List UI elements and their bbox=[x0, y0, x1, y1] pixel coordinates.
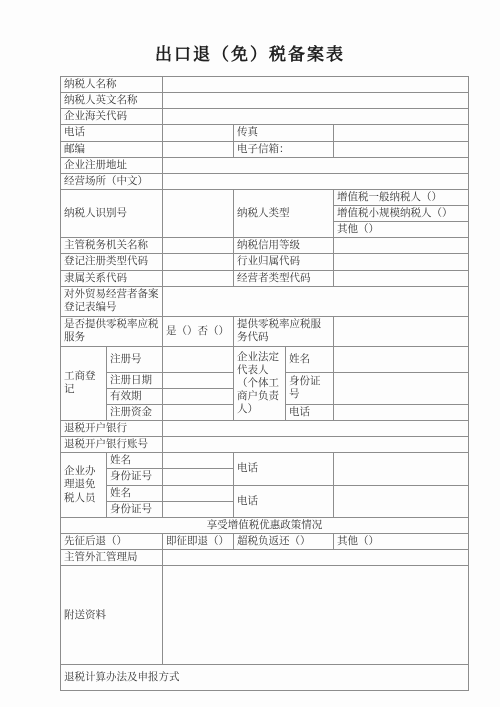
form-label-cell: 增值税一般纳税人（） bbox=[334, 189, 469, 205]
table-row: 企业办理退免税人员姓名电话 bbox=[61, 453, 469, 469]
table-row: 姓名电话 bbox=[61, 485, 469, 501]
form-value-cell bbox=[163, 77, 469, 93]
form-value-cell bbox=[163, 173, 469, 189]
form-label-cell: 增值税小规模纳税人（） bbox=[334, 206, 469, 222]
form-label-cell: 隶属关系代码 bbox=[61, 270, 163, 286]
form-value-cell bbox=[334, 141, 469, 157]
form-label-cell: 纳税人类型 bbox=[234, 189, 334, 237]
form-label-cell: 姓名 bbox=[107, 485, 163, 501]
form-label-cell: 电话 bbox=[234, 485, 334, 517]
form-label-cell: 电子信箱： bbox=[234, 141, 334, 157]
form-label-cell: 登记注册类型代码 bbox=[61, 254, 163, 270]
form-value-cell bbox=[163, 254, 234, 270]
form-label-cell: 行业归属代码 bbox=[234, 254, 334, 270]
document-page: 出口退（免）税备案表 纳税人名称纳税人英文名称企业海关代码电话传真邮编电子信箱：… bbox=[0, 0, 500, 707]
form-label-cell: 纳税人英文名称 bbox=[61, 93, 163, 109]
form-label-cell: 纳税人名称 bbox=[61, 77, 163, 93]
form-label-cell: 企业海关代码 bbox=[61, 109, 163, 125]
form-label-cell: 经营场所（中文） bbox=[61, 173, 163, 189]
form-label-cell: 纳税人识别号 bbox=[61, 189, 163, 237]
form-value-cell bbox=[163, 421, 469, 437]
form-value-cell bbox=[334, 254, 469, 270]
form-value-cell bbox=[163, 388, 234, 404]
table-row: 主管外汇管理局 bbox=[61, 550, 469, 566]
table-row: 先征后退（）即征即退（）超税负返还（）其他（） bbox=[61, 533, 469, 549]
table-row: 纳税人名称 bbox=[61, 77, 469, 93]
form-label-cell: 经营者类型代码 bbox=[234, 270, 334, 286]
table-row: 邮编电子信箱： bbox=[61, 141, 469, 157]
form-value-cell bbox=[163, 238, 234, 254]
form-label-cell: 传真 bbox=[234, 125, 334, 141]
form-label-cell: 电话 bbox=[286, 404, 334, 420]
form-value-cell bbox=[163, 372, 234, 388]
form-label-cell: 即征即退（） bbox=[163, 533, 234, 549]
form-label-cell: 主管外汇管理局 bbox=[61, 550, 163, 566]
table-row: 退税开户银行 bbox=[61, 421, 469, 437]
table-row: 隶属关系代码经营者类型代码 bbox=[61, 270, 469, 286]
form-label-cell: 先征后退（） bbox=[61, 533, 163, 549]
form-label-cell: 是否提供零税率应税服务 bbox=[61, 316, 163, 346]
form-value-cell bbox=[163, 550, 469, 566]
form-value-cell bbox=[334, 485, 469, 517]
form-label-cell: 其他（） bbox=[334, 533, 469, 549]
form-value-cell bbox=[334, 404, 469, 420]
form-value-cell bbox=[163, 404, 234, 420]
form-label-cell: 其他（） bbox=[334, 222, 469, 238]
form-label-cell: 纳税信用等级 bbox=[234, 238, 334, 254]
form-value-cell bbox=[163, 109, 469, 125]
form-label-cell: 姓名 bbox=[286, 346, 334, 372]
form-label-cell: 注册日期 bbox=[107, 372, 163, 388]
form-value-cell bbox=[163, 501, 234, 517]
form-value-cell bbox=[334, 453, 469, 485]
form-value-cell bbox=[163, 453, 234, 469]
table-row: 工商登记注册号企业法定代表人（个体工商户负责人）姓名 bbox=[61, 346, 469, 372]
table-row: 附送资料 bbox=[61, 566, 469, 665]
form-label-cell: 是（）否（） bbox=[163, 316, 234, 346]
form-label-cell: 姓名 bbox=[107, 453, 163, 469]
form-value-cell bbox=[163, 125, 234, 141]
table-row: 登记注册类型代码行业归属代码 bbox=[61, 254, 469, 270]
form-value-cell bbox=[334, 372, 469, 404]
form-label-cell: 退税开户银行账号 bbox=[61, 437, 163, 453]
form-value-cell bbox=[334, 316, 469, 346]
table-row: 纳税人识别号纳税人类型增值税一般纳税人（） bbox=[61, 189, 469, 205]
form-label-cell: 退税开户银行 bbox=[61, 421, 163, 437]
form-value-cell bbox=[334, 125, 469, 141]
form-value-cell bbox=[334, 270, 469, 286]
form-value-cell bbox=[163, 157, 469, 173]
table-row: 是否提供零税率应税服务是（）否（）提供零税率应税服务代码 bbox=[61, 316, 469, 346]
form-label-cell: 身份证号 bbox=[286, 372, 334, 404]
form-label-cell: 注册号 bbox=[107, 346, 163, 372]
form-label-cell: 工商登记 bbox=[61, 346, 107, 420]
form-label-cell: 身份证号 bbox=[107, 469, 163, 485]
form-value-cell bbox=[163, 346, 234, 372]
table-row: 退税开户银行账号 bbox=[61, 437, 469, 453]
form-label-cell: 企业办理退免税人员 bbox=[61, 453, 107, 518]
form-label-cell: 企业注册地址 bbox=[61, 157, 163, 173]
table-row: 退税计算办法及申报方式 bbox=[61, 665, 469, 691]
form-label-cell: 电话 bbox=[61, 125, 163, 141]
form-value-cell bbox=[334, 238, 469, 254]
form-value-cell bbox=[334, 346, 469, 372]
table-row: 经营场所（中文） bbox=[61, 173, 469, 189]
table-row: 企业海关代码 bbox=[61, 109, 469, 125]
form-value-cell bbox=[163, 485, 234, 501]
form-label-cell: 对外贸易经营者备案登记表编号 bbox=[61, 286, 163, 316]
form-label-cell: 有效期 bbox=[107, 388, 163, 404]
table-row: 主管税务机关名称纳税信用等级 bbox=[61, 238, 469, 254]
form-label-cell: 注册资金 bbox=[107, 404, 163, 420]
form-label-cell: 附送资料 bbox=[61, 566, 163, 665]
form-value-cell bbox=[163, 189, 234, 237]
form-value-cell bbox=[163, 93, 469, 109]
form-label-cell: 退税计算办法及申报方式 bbox=[61, 665, 469, 691]
form-label-cell: 企业法定代表人（个体工商户负责人） bbox=[234, 346, 286, 420]
filing-form-table: 纳税人名称纳税人英文名称企业海关代码电话传真邮编电子信箱：企业注册地址经营场所（… bbox=[60, 76, 469, 691]
table-row: 电话传真 bbox=[61, 125, 469, 141]
table-row: 纳税人英文名称 bbox=[61, 93, 469, 109]
form-title: 出口退（免）税备案表 bbox=[0, 40, 500, 65]
form-value-cell bbox=[163, 270, 234, 286]
form-label-cell: 身份证号 bbox=[107, 501, 163, 517]
form-label-cell: 电话 bbox=[234, 453, 334, 485]
section-header-cell: 享受增值税优惠政策情况 bbox=[61, 517, 469, 533]
form-value-cell bbox=[163, 286, 469, 316]
form-value-cell bbox=[163, 141, 234, 157]
form-value-cell bbox=[163, 437, 469, 453]
form-label-cell: 提供零税率应税服务代码 bbox=[234, 316, 334, 346]
form-value-cell bbox=[163, 566, 469, 665]
table-row: 享受增值税优惠政策情况 bbox=[61, 517, 469, 533]
form-label-cell: 邮编 bbox=[61, 141, 163, 157]
table-row: 对外贸易经营者备案登记表编号 bbox=[61, 286, 469, 316]
table-row: 企业注册地址 bbox=[61, 157, 469, 173]
form-value-cell bbox=[163, 469, 234, 485]
form-label-cell: 超税负返还（） bbox=[234, 533, 334, 549]
form-label-cell: 主管税务机关名称 bbox=[61, 238, 163, 254]
